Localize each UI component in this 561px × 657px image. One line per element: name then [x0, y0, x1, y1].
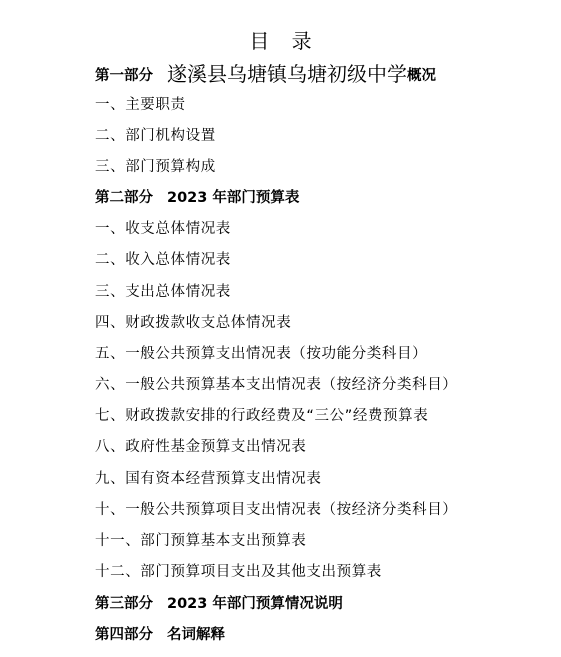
toc-item: 十、一般公共预算项目支出情况表（按经济分类科目） — [95, 500, 457, 520]
toc-item: 三、支出总体情况表 — [95, 282, 231, 302]
part-1-heading: 第一部分遂溪县乌塘镇乌塘初级中学概况 — [95, 64, 436, 86]
toc-item: 七、财政拨款安排的行政经费及“三公”经费预算表 — [95, 406, 428, 426]
part-4-label: 第四部分 — [95, 625, 153, 645]
toc-item: 十一、部门预算基本支出预算表 — [95, 531, 306, 551]
part-1-label: 第一部分 — [95, 66, 153, 86]
part-4-heading: 第四部分名词解释 — [95, 625, 225, 645]
part-4-name: 名词解释 — [167, 627, 225, 643]
toc-item: 八、政府性基金预算支出情况表 — [95, 437, 306, 457]
part-3-label: 第三部分 — [95, 594, 153, 614]
part-3-name: 2023 年部门预算情况说明 — [167, 596, 343, 612]
toc-item: 一、收支总体情况表 — [95, 219, 231, 239]
toc-item: 一、主要职责 — [95, 95, 186, 115]
toc-item: 六、一般公共预算基本支出情况表（按经济分类科目） — [95, 375, 457, 395]
part-2-label: 第二部分 — [95, 188, 153, 208]
toc-item: 二、部门机构设置 — [95, 126, 216, 146]
toc-item: 十二、部门预算项目支出及其他支出预算表 — [95, 562, 382, 582]
part-3-heading: 第三部分2023 年部门预算情况说明 — [95, 594, 343, 614]
toc-item: 四、财政拨款收支总体情况表 — [95, 313, 291, 333]
part-1-suffix: 概况 — [407, 68, 436, 84]
document-page: 目 录 第一部分遂溪县乌塘镇乌塘初级中学概况 一、主要职责 二、部门机构设置 三… — [0, 0, 561, 657]
part-2-heading: 第二部分2023 年部门预算表 — [95, 188, 299, 208]
toc-item: 二、收入总体情况表 — [95, 250, 231, 270]
toc-item: 三、部门预算构成 — [95, 157, 216, 177]
part-2-name: 2023 年部门预算表 — [167, 190, 299, 206]
toc-item: 九、国有资本经营预算支出情况表 — [95, 469, 322, 489]
toc-item: 五、一般公共预算支出情况表（按功能分类科目） — [95, 344, 427, 364]
toc-title: 目 录 — [0, 28, 561, 54]
part-1-organization-name: 遂溪县乌塘镇乌塘初级中学 — [167, 62, 407, 86]
